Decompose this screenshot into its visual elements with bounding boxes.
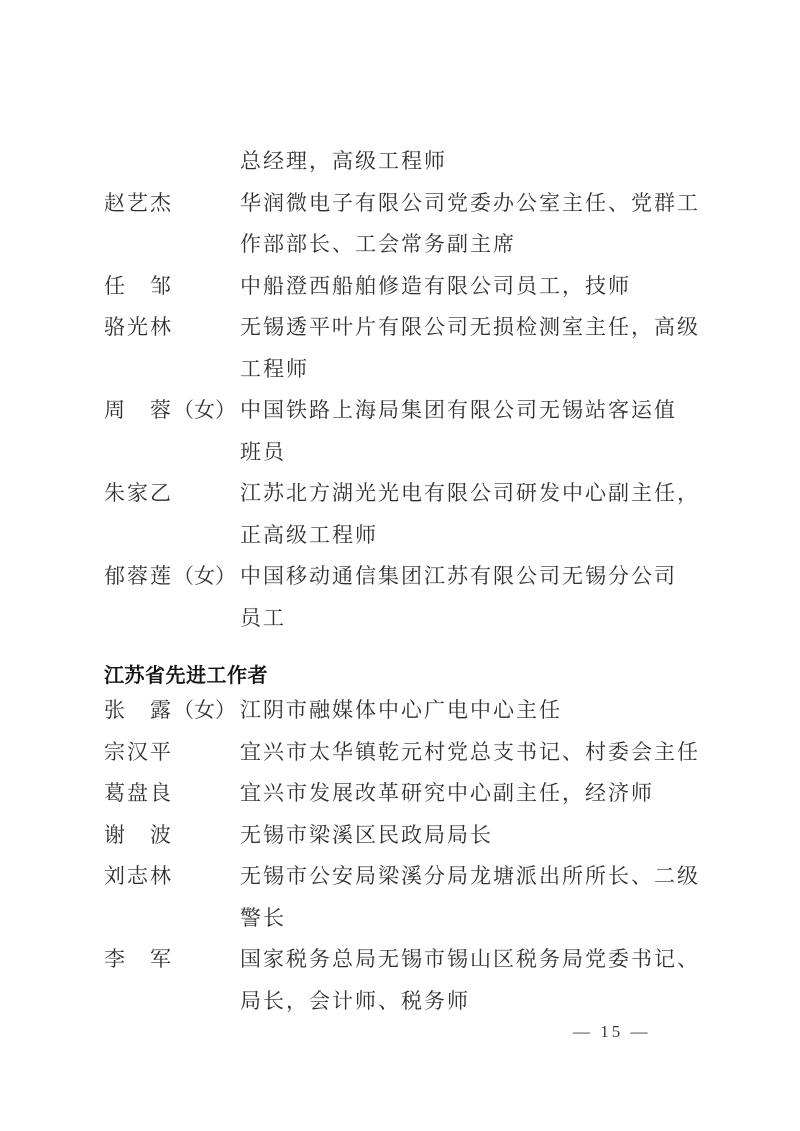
name-cell: 郁蓉莲（女）: [104, 556, 240, 598]
name-cell: 刘志林: [104, 856, 240, 898]
gender-label: （女）: [173, 698, 236, 722]
entry-row: 葛盘良 宜兴市发展改革研究中心副主任，经济师: [104, 773, 800, 815]
entry-name: 赵艺杰: [104, 191, 173, 215]
entry-name: 朱家乙: [104, 481, 173, 505]
name-cell: 骆光林: [104, 307, 240, 349]
page-number: — 15 —: [573, 1022, 651, 1042]
gender-label: （女）: [173, 398, 236, 422]
name-cell: 张 露（女）: [104, 690, 240, 732]
entry-description: 总经理，高级工程师: [240, 141, 710, 183]
name-cell: 任 邹: [104, 266, 240, 308]
entry-description: 中国铁路上海局集团有限公司无锡站客运值 班员: [240, 390, 710, 473]
entry-row: 赵艺杰 华润微电子有限公司党委办公室主任、党群工 作部部长、工会常务副主席: [104, 183, 800, 266]
entry-description: 华润微电子有限公司党委办公室主任、党群工 作部部长、工会常务副主席: [240, 183, 710, 266]
document-body: 总经理，高级工程师 赵艺杰 华润微电子有限公司党委办公室主任、党群工 作部部长、…: [0, 0, 800, 1022]
entry-description: 中国移动通信集团江苏有限公司无锡分公司 员工: [240, 556, 710, 639]
entry-row: 总经理，高级工程师: [104, 141, 800, 183]
entry-name: 宗汉平: [104, 740, 173, 764]
entry-row: 李 军 国家税务总局无锡市锡山区税务局党委书记、 局长，会计师、税务师: [104, 939, 800, 1022]
entry-row: 朱家乙 江苏北方湖光光电有限公司研发中心副主任， 正高级工程师: [104, 473, 800, 556]
entry-row: 谢 波 无锡市梁溪区民政局局长: [104, 815, 800, 857]
entry-description: 宜兴市太华镇乾元村党总支书记、村委会主任: [240, 732, 710, 774]
entry-description: 无锡透平叶片有限公司无损检测室主任，高级 工程师: [240, 307, 710, 390]
entry-name: 刘志林: [104, 864, 173, 888]
entry-row: 宗汉平 宜兴市太华镇乾元村党总支书记、村委会主任: [104, 732, 800, 774]
entry-name: 周 蓉: [104, 398, 173, 422]
gender-label: （女）: [173, 564, 236, 588]
entry-description: 宜兴市发展改革研究中心副主任，经济师: [240, 773, 710, 815]
entry-row: 骆光林 无锡透平叶片有限公司无损检测室主任，高级 工程师: [104, 307, 800, 390]
entry-description: 江阴市融媒体中心广电中心主任: [240, 690, 710, 732]
name-cell: 朱家乙: [104, 473, 240, 515]
name-cell: 葛盘良: [104, 773, 240, 815]
entry-row: 周 蓉（女） 中国铁路上海局集团有限公司无锡站客运值 班员: [104, 390, 800, 473]
entry-description: 中船澄西船舶修造有限公司员工，技师: [240, 266, 710, 308]
name-cell: 周 蓉（女）: [104, 390, 240, 432]
name-cell: 李 军: [104, 939, 240, 981]
entry-name: 张 露: [104, 698, 173, 722]
name-cell: 谢 波: [104, 815, 240, 857]
entry-description: 无锡市公安局梁溪分局龙塘派出所所长、二级 警长: [240, 856, 710, 939]
document-page: 总经理，高级工程师 赵艺杰 华润微电子有限公司党委办公室主任、党群工 作部部长、…: [0, 0, 800, 1131]
entry-name: 骆光林: [104, 315, 173, 339]
entry-row: 刘志林 无锡市公安局梁溪分局龙塘派出所所长、二级 警长: [104, 856, 800, 939]
entry-row: 任 邹 中船澄西船舶修造有限公司员工，技师: [104, 266, 800, 308]
entry-name: 葛盘良: [104, 781, 173, 805]
entry-row: 郁蓉莲（女） 中国移动通信集团江苏有限公司无锡分公司 员工: [104, 556, 800, 639]
entry-row: 张 露（女） 江阴市融媒体中心广电中心主任: [104, 690, 800, 732]
section-heading: 江苏省先进工作者: [104, 662, 800, 690]
entry-description: 无锡市梁溪区民政局局长: [240, 815, 710, 857]
entry-name: 谢 波: [104, 823, 173, 847]
entry-description: 国家税务总局无锡市锡山区税务局党委书记、 局长，会计师、税务师: [240, 939, 710, 1022]
name-cell: 宗汉平: [104, 732, 240, 774]
name-cell: 赵艺杰: [104, 183, 240, 225]
entry-description: 江苏北方湖光光电有限公司研发中心副主任， 正高级工程师: [240, 473, 710, 556]
entry-name: 任 邹: [104, 274, 173, 298]
entry-name: 郁蓉莲: [104, 564, 173, 588]
entry-name: 李 军: [104, 947, 173, 971]
